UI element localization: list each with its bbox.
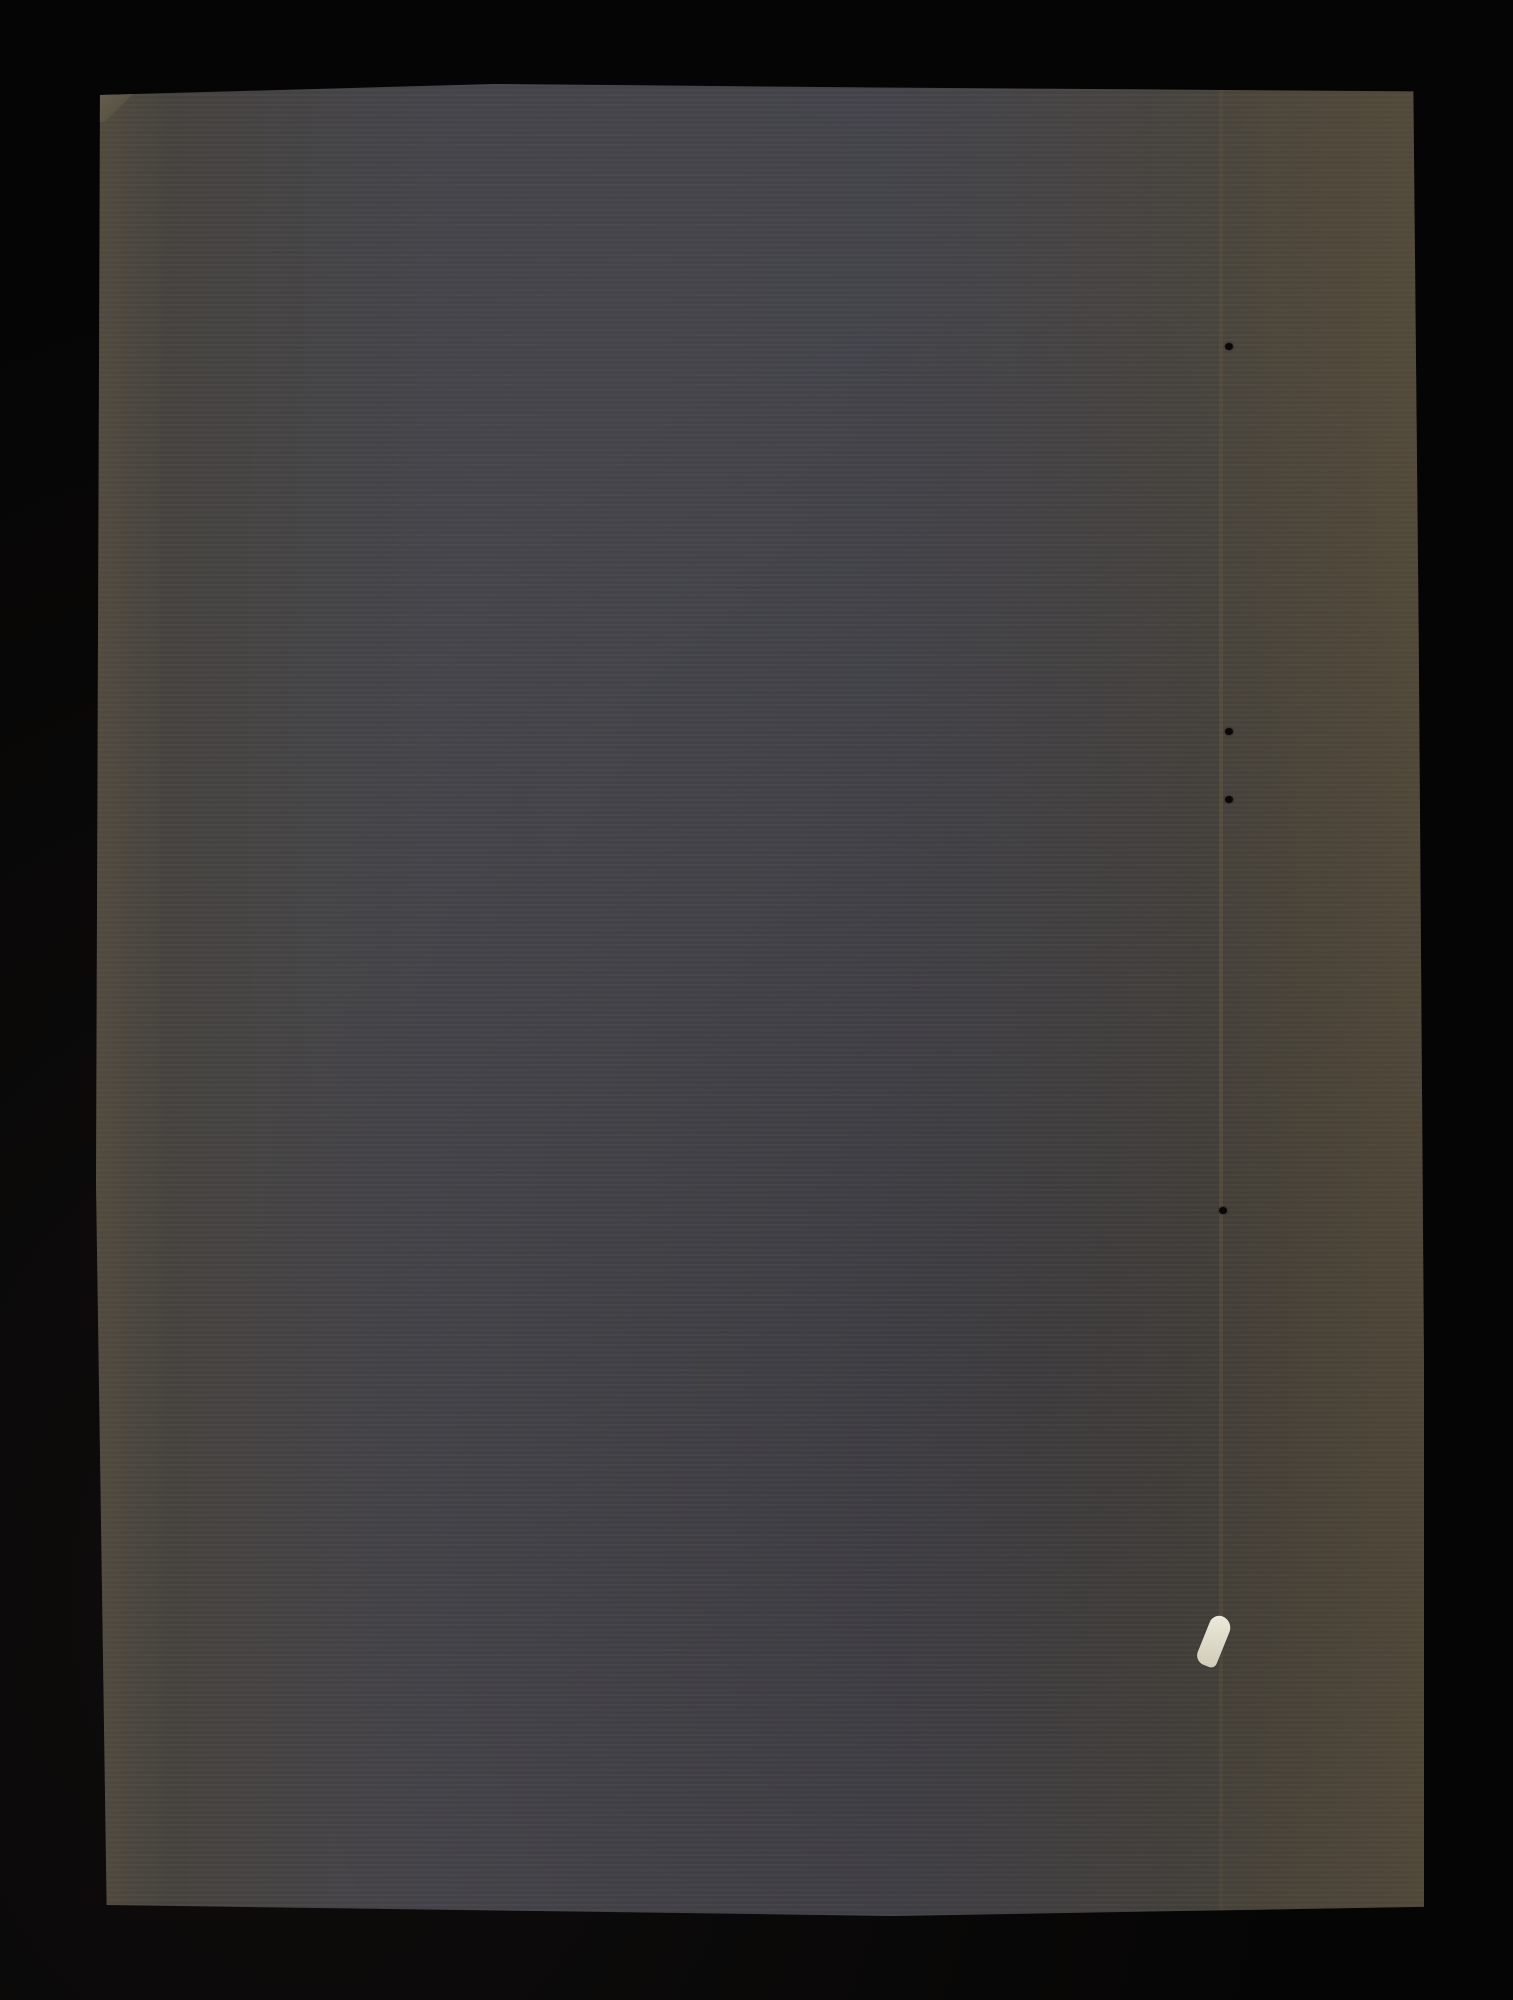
- left-edge-wear: [96, 84, 166, 1916]
- stitch-hole: [1225, 728, 1233, 735]
- spine-strip: [1223, 84, 1424, 1916]
- stitch-hole: [1219, 1207, 1227, 1214]
- stitch-hole: [1225, 343, 1233, 350]
- stitch-hole: [1225, 796, 1233, 803]
